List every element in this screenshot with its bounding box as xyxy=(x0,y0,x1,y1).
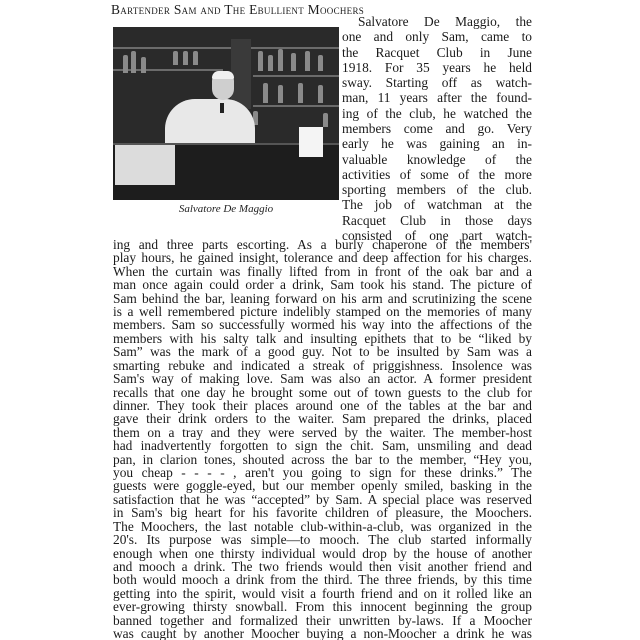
text-line: the Racquet Club in June xyxy=(342,45,532,61)
text-line: one and only Sam, came to xyxy=(342,29,532,45)
chapter-heading: Bartender Sam and The Ebullient Moochers xyxy=(111,2,364,18)
text-line: 1918. For 35 years he held xyxy=(342,60,532,76)
text-line: valuable knowledge of the xyxy=(342,152,532,168)
text-line: sway. Starting off as watch- xyxy=(342,75,532,91)
text-line: sporting members of the club. xyxy=(342,182,532,198)
text-line: man, 11 years after the found- xyxy=(342,90,532,106)
bartender-photo xyxy=(113,27,339,200)
text-line: was caught by another Moocher buying a n… xyxy=(113,626,532,640)
text-line: activities of some of the more xyxy=(342,167,532,183)
photo-caption: Salvatore De Maggio xyxy=(113,203,339,215)
text-line: ing of the club, he watched the xyxy=(342,106,532,122)
text-line: members come and go. Very xyxy=(342,121,532,137)
book-page: Bartender Sam and The Ebullient Moochers xyxy=(0,0,640,640)
text-line: Racquet Club in those days xyxy=(342,213,532,229)
text-line: The job of watchman at the xyxy=(342,197,532,213)
text-line: Salvatore De Maggio, the xyxy=(342,14,532,30)
text-line: early he was gaining an in- xyxy=(342,136,532,152)
